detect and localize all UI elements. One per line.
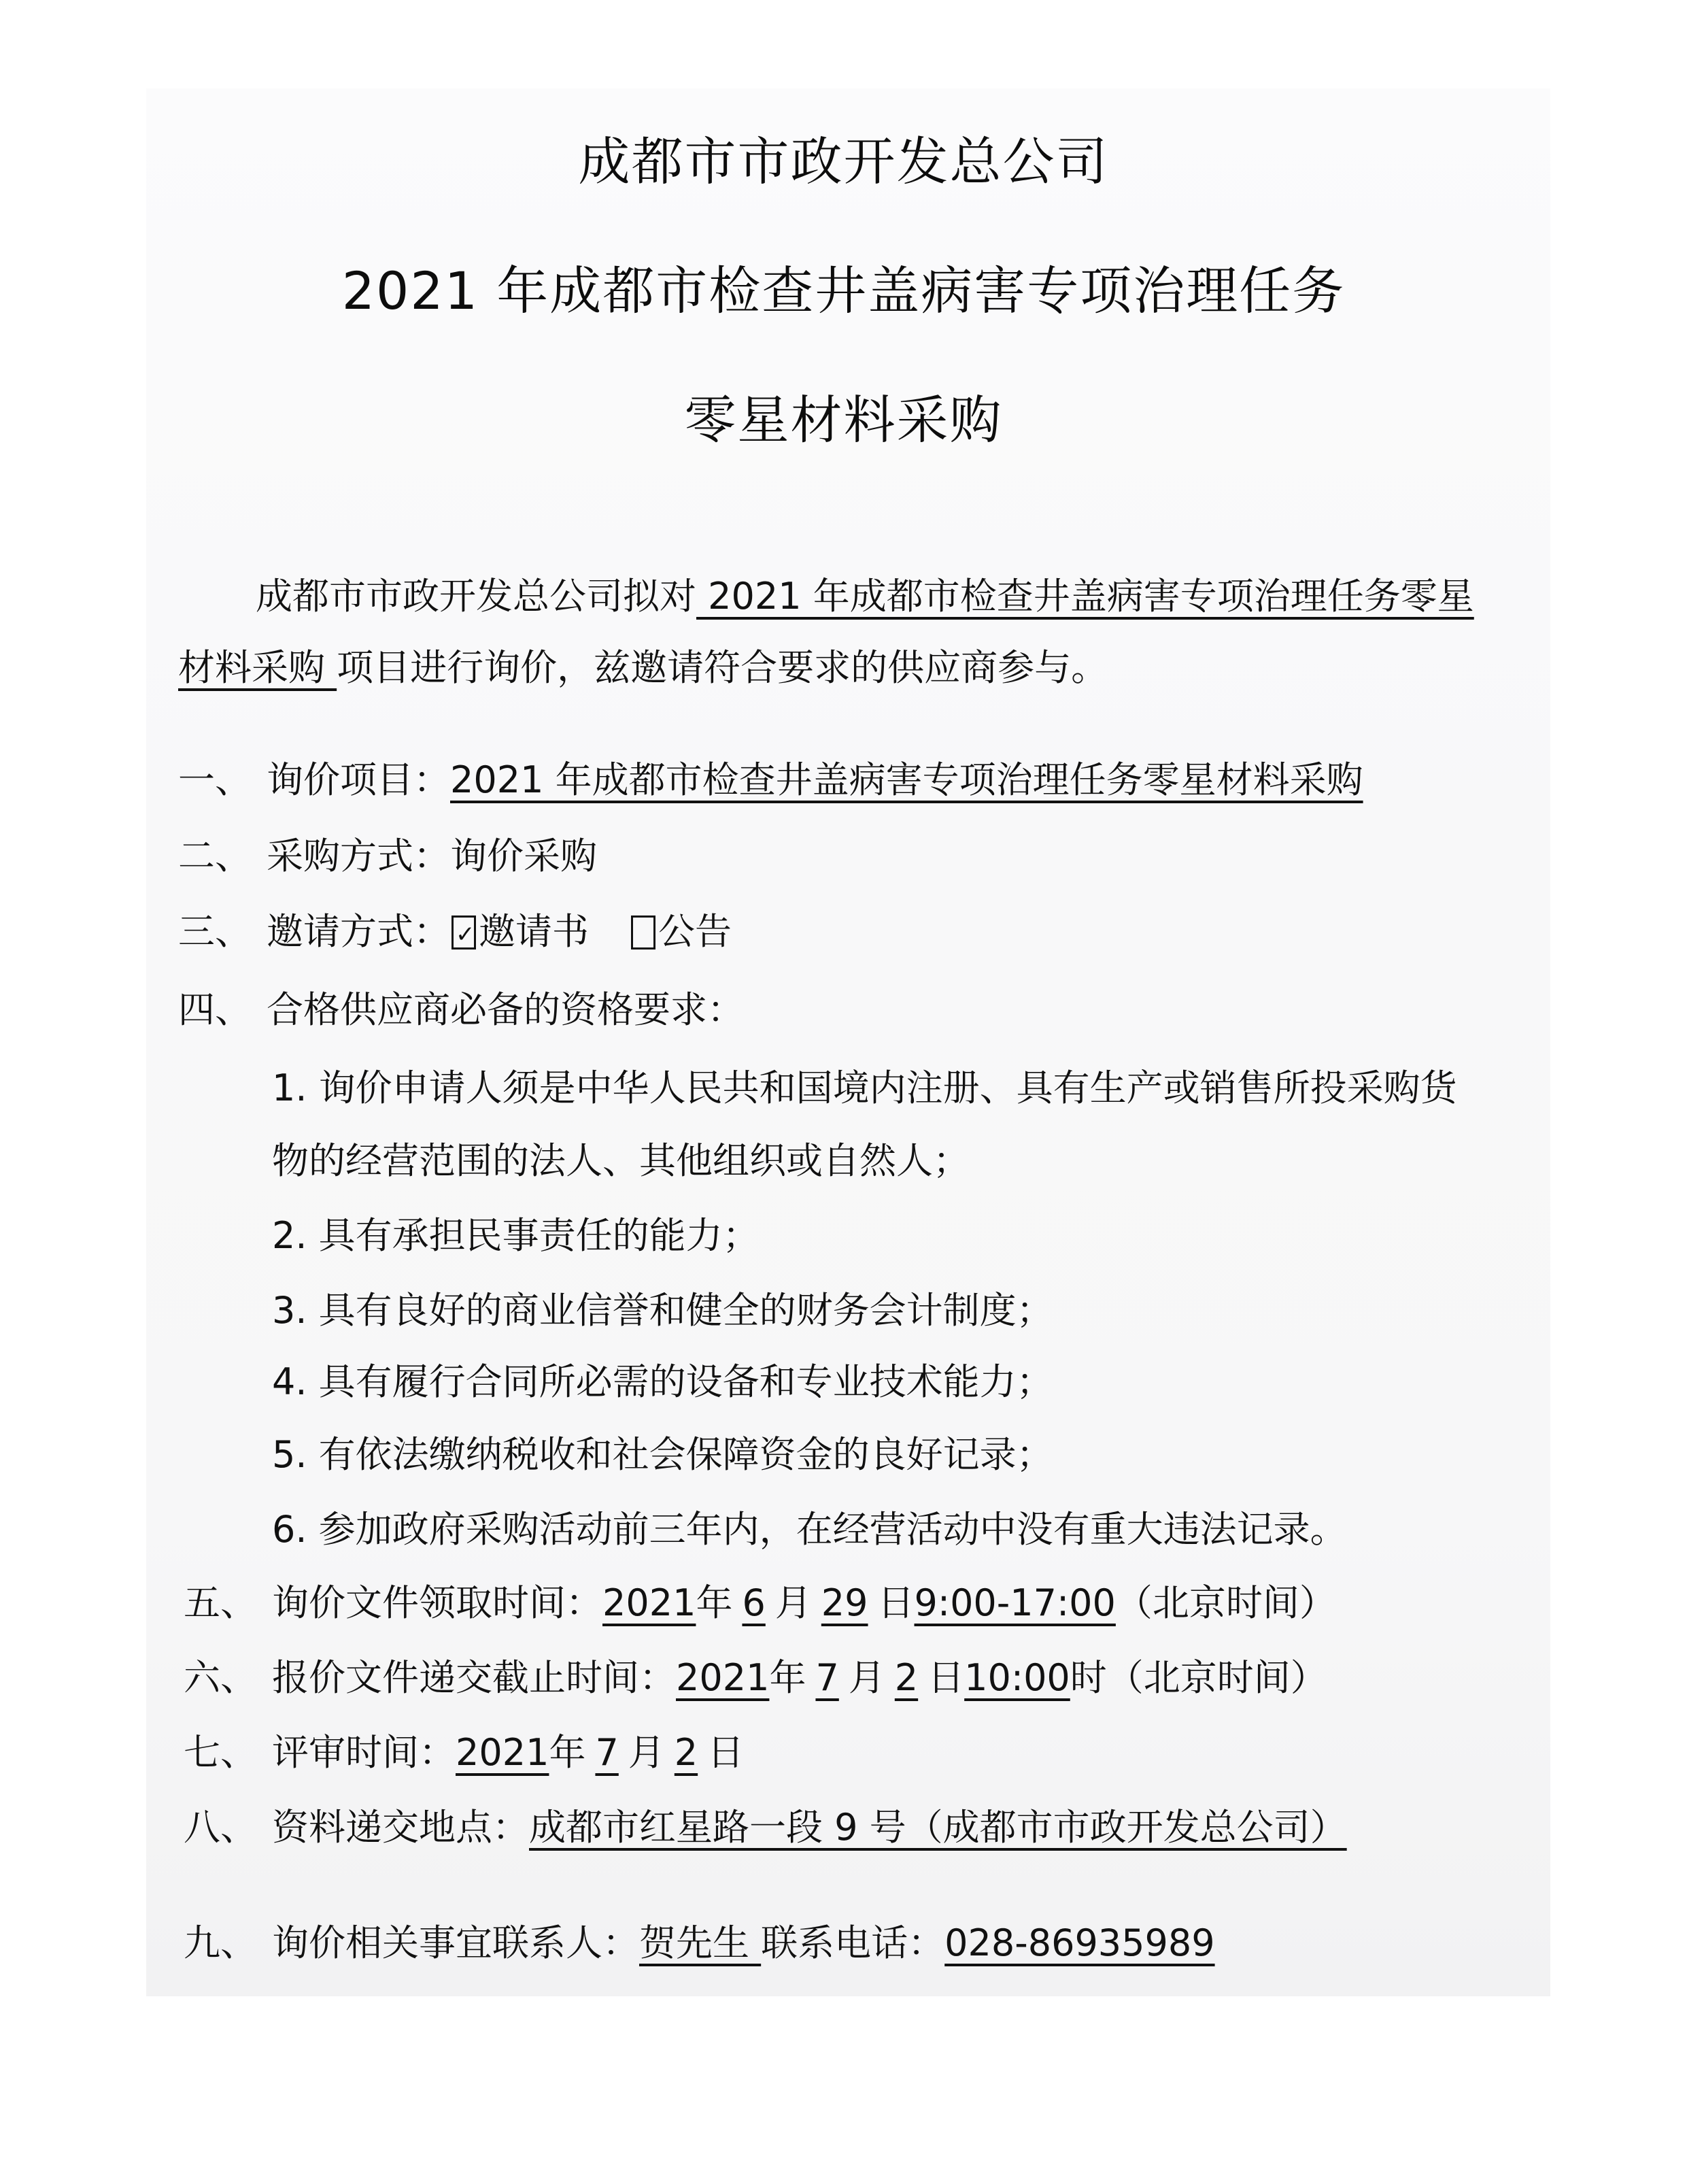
month-unit: 月 <box>849 1656 885 1699</box>
deadline-day: 2 <box>885 1656 927 1699</box>
section-contact: 九、询价相关事宜联系人：贺先生 联系电话：028-86935989 <box>184 1925 1215 1962</box>
phone-label: 联系电话： <box>761 1921 944 1964</box>
review-day-value: 2 <box>675 1731 698 1774</box>
section-quote-deadline: 六、报价文件递交截止时间：2021年7月2日10:00时（北京时间） <box>184 1660 1327 1696</box>
checkbox-invitation-letter: ✓ <box>451 915 476 950</box>
day-unit: 日 <box>707 1731 744 1774</box>
section-document-pickup-time: 五、询价文件领取时间：2021年6月29日9:00-17:00（北京时间） <box>184 1585 1336 1622</box>
section-number: 五、 <box>184 1585 272 1622</box>
requirement-5: 5. 有依法缴纳税收和社会保障资金的良好记录； <box>272 1437 1053 1473</box>
day-unit: 日 <box>878 1581 915 1624</box>
day-unit: 日 <box>927 1656 964 1699</box>
section-invitation-method: 三、邀请方式：✓邀请书公告 <box>178 913 732 950</box>
section-number: 四、 <box>178 992 267 1028</box>
deadline-day-value: 2 <box>895 1656 918 1699</box>
requirement-1-line-2: 物的经营范围的法人、其他组织或自然人； <box>272 1143 970 1179</box>
intro-line-1: 成都市市政开发总公司拟对 2021 年成都市检查井盖病害专项治理任务零星 <box>256 578 1474 615</box>
section-number: 六、 <box>184 1660 272 1696</box>
section-review-time: 七、评审时间：2021年7月2日 <box>184 1734 744 1771</box>
intro-project-name-part2: 材料采购 <box>178 646 337 689</box>
option-invitation-letter: 邀请书 <box>479 910 589 953</box>
section-number: 三、 <box>178 913 267 950</box>
review-day: 2 <box>665 1731 707 1774</box>
scanned-document-page <box>146 88 1550 1996</box>
contact-phone: 028-86935989 <box>944 1921 1214 1964</box>
section-label: 合格供应商必备的资格要求： <box>267 988 744 1031</box>
section-label: 询价文件领取时间： <box>272 1581 602 1624</box>
document-title-company: 成都市市政开发总公司 <box>0 136 1687 188</box>
timezone-note: （北京时间） <box>1107 1656 1327 1699</box>
section-qualification-requirements: 四、合格供应商必备的资格要求： <box>178 992 744 1028</box>
section-label: 询价项目： <box>267 758 450 801</box>
requirement-2: 2. 具有承担民事责任的能力； <box>272 1217 760 1254</box>
section-label: 评审时间： <box>272 1731 456 1774</box>
intro-project-name-part1: 2021 年成都市检查井盖病害专项治理任务零星 <box>696 575 1474 618</box>
requirement-6: 6. 参加政府采购活动前三年内，在经营活动中没有重大违法记录。 <box>272 1511 1347 1548</box>
deadline-time: 10:00 <box>964 1656 1070 1699</box>
checkbox-announcement <box>631 915 655 950</box>
section-label: 邀请方式： <box>267 910 450 953</box>
submission-address: 成都市红星路一段 9 号（成都市市政开发总公司） <box>529 1806 1347 1849</box>
section-label: 询价相关事宜联系人： <box>272 1921 639 1964</box>
section-number: 七、 <box>184 1734 272 1771</box>
month-unit: 月 <box>775 1581 812 1624</box>
review-month: 7 <box>585 1731 628 1774</box>
requirement-1-line-1: 1. 询价申请人须是中华人民共和国境内注册、具有生产或销售所投采购货 <box>272 1070 1457 1107</box>
pickup-day: 29 <box>812 1581 878 1624</box>
section-procurement-method: 二、采购方式：询价采购 <box>178 838 597 875</box>
intro-prefix: 成都市市政开发总公司拟对 <box>256 575 696 618</box>
year-unit: 年 <box>549 1731 585 1774</box>
pickup-month: 6 <box>732 1581 774 1624</box>
procurement-method-value: 询价采购 <box>450 835 597 877</box>
deadline-month: 7 <box>806 1656 848 1699</box>
document-title-project: 2021 年成都市检查井盖病害专项治理任务 <box>0 265 1687 317</box>
section-number: 八、 <box>184 1809 272 1846</box>
pickup-day-value: 29 <box>821 1581 868 1624</box>
year-unit: 年 <box>769 1656 806 1699</box>
section-number: 二、 <box>178 838 267 875</box>
intro-suffix: 项目进行询价，兹邀请符合要求的供应商参与。 <box>337 646 1108 689</box>
checkmark-icon: ✓ <box>456 923 475 946</box>
time-unit: 时 <box>1070 1656 1107 1699</box>
inquiry-project-value: 2021 年成都市检查井盖病害专项治理任务零星材料采购 <box>450 758 1363 801</box>
review-month-value: 7 <box>595 1731 618 1774</box>
document-title-subject: 零星材料采购 <box>0 394 1687 446</box>
requirement-4: 4. 具有履行合同所必需的设备和专业技术能力； <box>272 1364 1053 1400</box>
contact-person: 贺先生 <box>639 1921 761 1964</box>
section-number: 九、 <box>184 1925 272 1962</box>
section-label: 报价文件递交截止时间： <box>272 1656 676 1699</box>
section-label: 采购方式： <box>267 835 450 877</box>
requirement-3: 3. 具有良好的商业信誉和健全的财务会计制度； <box>272 1292 1053 1329</box>
deadline-year: 2021 <box>676 1656 769 1699</box>
section-number: 一、 <box>178 762 267 799</box>
timezone-note: （北京时间） <box>1116 1581 1336 1624</box>
deadline-month-value: 7 <box>815 1656 838 1699</box>
option-announcement: 公告 <box>658 910 732 953</box>
pickup-time-range: 9:00-17:00 <box>915 1581 1116 1624</box>
pickup-year: 2021 <box>602 1581 696 1624</box>
section-label: 资料递交地点： <box>272 1806 529 1849</box>
year-unit: 年 <box>696 1581 732 1624</box>
pickup-month-value: 6 <box>742 1581 765 1624</box>
month-unit: 月 <box>628 1731 665 1774</box>
section-inquiry-project: 一、询价项目：2021 年成都市检查井盖病害专项治理任务零星材料采购 <box>178 762 1363 799</box>
section-submission-location: 八、资料递交地点：成都市红星路一段 9 号（成都市市政开发总公司） <box>184 1809 1347 1846</box>
intro-line-2: 材料采购 项目进行询价，兹邀请符合要求的供应商参与。 <box>178 650 1108 686</box>
review-year: 2021 <box>456 1731 549 1774</box>
